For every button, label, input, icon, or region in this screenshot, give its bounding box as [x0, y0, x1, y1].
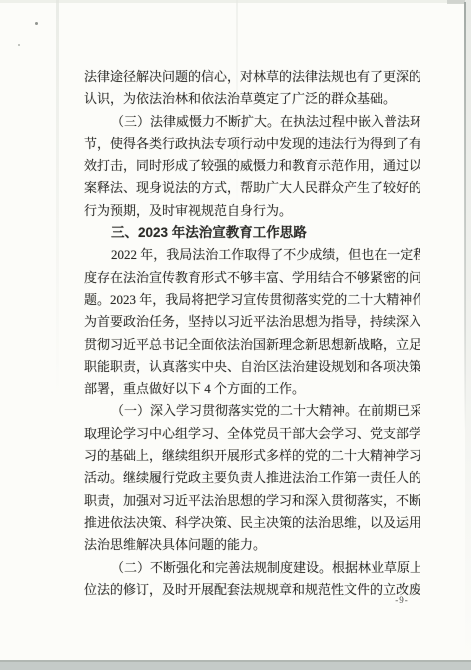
page-right-edge-line — [464, 2, 466, 432]
text-line: 习的基础上，继续组织开展形式多样的党的二十大精神学习 — [84, 445, 420, 467]
text-line: 职责，加强对习近平法治思想的学习和深入贯彻落实，不断 — [84, 490, 420, 512]
text-line: 题。2023 年，我局将把学习宣传贯彻落实党的二十大精神作 — [84, 289, 420, 311]
text-line: 法治思维解决具体问题的能力。 — [84, 534, 420, 556]
page-number: -9- — [390, 595, 414, 605]
text-line: 2022 年，我局法治工作取得了不少成绩，但也在一定程 — [84, 244, 420, 266]
text-line: 推进依法决策、科学决策、民主决策的法治思维，以及运用 — [84, 512, 420, 534]
text-line: （一）深入学习贯彻落实党的二十大精神。在前期已采 — [84, 400, 420, 422]
paper-crease — [56, 0, 59, 400]
text-line: 活动。继续履行党政主要负责人推进法治工作第一责任人的 — [84, 467, 420, 489]
text-line: 为首要政治任务，坚持以习近平法治思想为指导，持续深入 — [84, 311, 420, 333]
page-bottom-edge — [0, 660, 471, 662]
text-line: （二）不断强化和完善法规制度建设。根据林业草原上 — [84, 557, 420, 579]
text-line: （三）法律威慑力不断扩大。在执法过程中嵌入普法环 — [84, 111, 420, 133]
text-line: 节，使得各类行政执法专项行动中发现的违法行为得到了有 — [84, 133, 420, 155]
section-heading: 三、2023 年法治宣教育工作思路 — [84, 222, 420, 244]
text-line: 取理论学习中心组学习、全体党员干部大会学习、党支部学 — [84, 423, 420, 445]
text-line: 位法的修订，及时开展配套法规规章和规范性文件的立改废 — [84, 579, 420, 601]
text-line: 职能职责，认真落实中央、自治区法治建设规划和各项决策 — [84, 356, 420, 378]
text-line: 行为预期，及时审视规范自身行为。 — [84, 200, 420, 222]
text-line: 案释法、现身说法的方式，帮助广大人民群众产生了较好的 — [84, 177, 420, 199]
text-line: 贯彻习近平总书记全面依法治国新理念新思想新战略，立足 — [84, 334, 420, 356]
document-page: 法律途径解决问题的信心，对林草的法律法规也有了更深的认识，为依法治林和依法治草奠… — [0, 0, 471, 662]
document-text-block: 法律途径解决问题的信心，对林草的法律法规也有了更深的认识，为依法治林和依法治草奠… — [84, 66, 420, 601]
scan-speck — [18, 44, 20, 46]
text-line: 效打击，同时形成了较强的威慑力和教育示范作用，通过以 — [84, 155, 420, 177]
scan-speck — [35, 22, 38, 25]
text-line: 部署，重点做好以下 4 个方面的工作。 — [84, 378, 420, 400]
text-line: 法律途径解决问题的信心，对林草的法律法规也有了更深的 — [84, 66, 420, 88]
text-line: 度存在法治宣传教育形式不够丰富、学用结合不够紧密的问 — [84, 267, 420, 289]
text-line: 认识，为依法治林和依法治草奠定了广泛的群众基础。 — [84, 88, 420, 110]
